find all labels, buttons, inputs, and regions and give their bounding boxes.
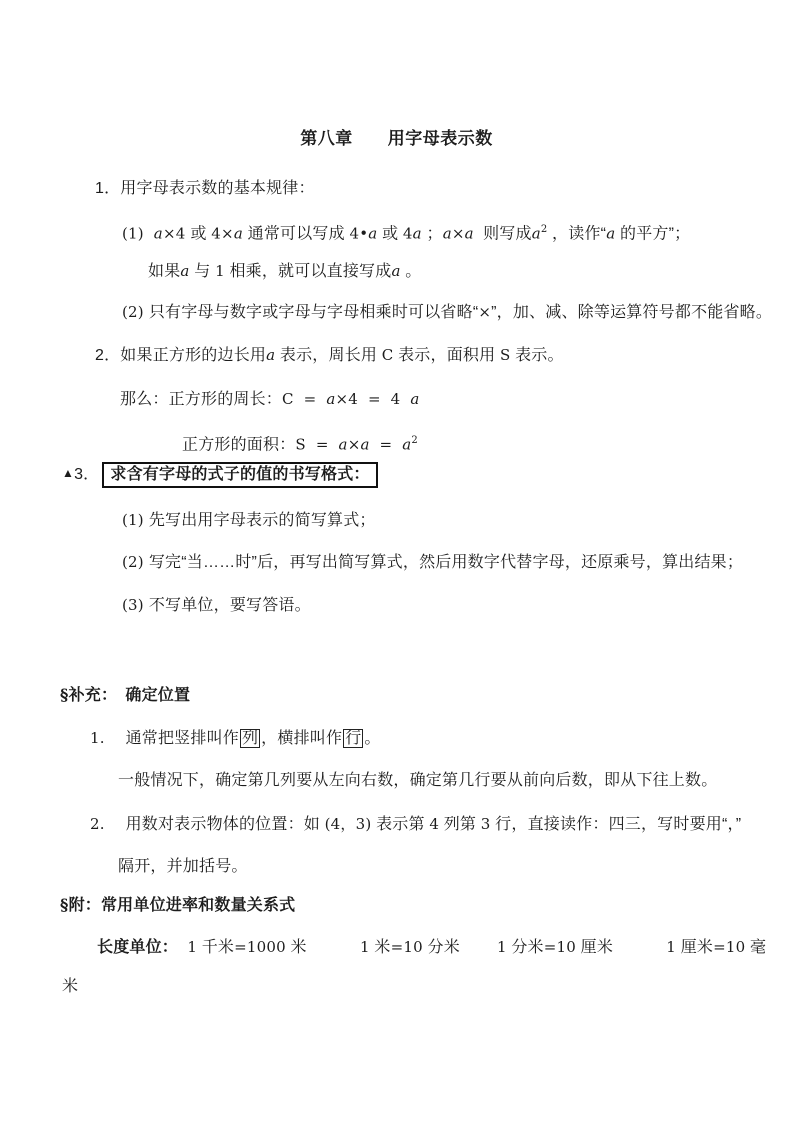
text-segment: 列第 [439,816,481,833]
rule1-item1: (1) a×4 或 4×a 通常可以写成 4•a 或 4a ；a×a 则写成a2… [122,219,690,245]
text-segment: 3． [74,466,99,483]
rule3-heading-boxed: ▲3．求含有字母的式子的值的书写格式： [62,462,378,486]
text-segment: 先写出用字母表示的简写算式； [149,512,376,529]
text-segment: 1 [215,262,225,280]
text-segment: 那么：正方形的周长： [120,391,282,408]
text-segment: 1. [90,729,105,747]
rule3-item2: (2) 写完“当……时”后，再写出简写算式，然后用数字代替字母，还原乘号，算出结… [122,551,743,574]
text-segment: a [266,346,275,364]
text-segment: 厘米 [676,939,713,956]
text-segment: 1．用字母表示数的基本规律： [95,180,315,197]
text-segment: 2. [90,815,105,833]
text-segment: 米 [370,939,391,956]
text-segment: 的平方”； [615,225,690,242]
text-segment: 或 [377,225,403,242]
text-segment: 通常把竖排叫作 [105,730,239,747]
position-item1: 1. 通常把竖排叫作列，横排叫作行。 [90,727,381,750]
text-segment: S = [295,435,338,453]
text-segment: 1 [666,938,676,956]
text-segment: =10 [544,938,576,956]
text-segment: 通常可以写成 [243,225,350,242]
text-segment: 。 [401,263,422,280]
text-segment: 写完“当……时”后，再写出简写算式，然后用数字代替字母，还原乘号，算出结果； [149,554,743,571]
text-segment: =10 [391,938,423,956]
rule2-area-formula: 正方形的面积：S = a×a = a2 [182,430,418,456]
text-segment: 第八章 用字母表示数 [300,129,493,148]
text-segment: 表示，周长用 [275,347,382,364]
chapter-title: 第八章 用字母表示数 [0,128,793,150]
text-segment: 4• [349,224,368,242]
text-segment: 表示，面积用 [393,347,500,364]
text-segment: 分米 [423,939,460,956]
text-segment: 千米 [197,939,234,956]
text-segment: 。 [364,730,380,747]
text-segment: (4，3) [325,815,372,833]
text-segment: § [60,895,69,914]
rule1-heading: 1．用字母表示数的基本规律： [95,178,315,200]
text-segment: 4 [403,224,413,242]
text-segment: 列 [240,729,260,748]
text-segment: 长度单位： [97,939,178,956]
text-segment: a [360,435,369,453]
text-segment: a [413,224,422,242]
text-segment: a [391,262,400,280]
text-segment: 则写成 [474,225,532,242]
text-segment: a [465,224,474,242]
text-segment: 米 [286,939,307,956]
rule3-item3: (3) 不写单位，要写答语。 [122,594,311,617]
position-item2-continued: 隔开，并加括号。 [118,856,248,878]
supplement-heading: §补充： 确定位置 [60,684,190,707]
text-segment: 正方形的面积： [182,436,295,453]
text-segment: a [180,262,189,280]
text-segment [178,939,187,956]
text-segment: C [382,346,394,364]
text-segment: a [339,435,348,453]
rule2-perimeter-formula: 那么：正方形的周长：C = a×4 = 4 a [120,388,420,411]
text-segment: ▲ [62,466,74,480]
text-segment: =10 [713,938,745,956]
text-segment: 厘米 [576,939,613,956]
text-segment: 相乘，就可以直接写成 [225,263,392,280]
text-segment: ×4 [163,224,190,242]
text-segment: 行 [343,729,363,748]
text-segment: × [452,224,465,242]
position-item2: 2. 用数对表示物体的位置：如 (4，3) 表示第 4 列第 3 行，直接读作：… [90,813,741,836]
length-units-line: 长度单位： 1 千米=1000 米 1 米=10 分米 1 分米=10 厘米 1… [97,936,766,959]
text-segment: 行，直接读作：四三，写时要用“，” [491,816,742,833]
text-segment: a [410,390,419,408]
text-segment: a [326,390,335,408]
text-segment: a [532,224,541,242]
text-segment: 只有字母与数字或字母与字母相乘时可以省略“ [149,304,479,321]
position-item1-note: 一般情况下，确定第几列要从左向右数，确定第几行要从前向后数，即从下往上数。 [118,770,717,792]
text-segment: ，读作“ [547,225,606,242]
text-segment: (2) [122,303,149,321]
text-segment: 表示。 [510,347,563,364]
text-segment: × [348,435,361,453]
text-segment: 用数对表示物体的位置：如 [105,816,325,833]
text-segment: (2) [122,553,149,571]
text-segment: 求含有字母的式子的值的书写格式： [102,462,377,488]
text-segment: 与 [190,263,216,280]
text-segment: S [500,346,510,364]
text-segment: 附：常用单位进率和数量关系式 [69,897,296,914]
text-segment: 3 [481,815,491,833]
text-segment: × [478,303,491,321]
text-segment: 一般情况下，确定第几列要从左向右数，确定第几行要从前向后数，即从下往上数。 [118,772,717,789]
text-segment: a [443,224,452,242]
rule1-item1-continued: 如果a 与 1 相乘，就可以直接写成a 。 [148,260,421,283]
text-segment: ； [422,225,443,242]
text-segment [307,939,360,956]
rule3-item1: (1) 先写出用字母表示的简写算式； [122,509,376,532]
text-segment: (3) [122,596,149,614]
text-segment [460,939,497,956]
text-segment: (1) [122,511,149,529]
text-segment: 或 [190,225,211,242]
text-segment: 分米 [507,939,544,956]
rule1-item2: (2) 只有字母与数字或字母与字母相乘时可以省略“×”，加、减、除等运算符号都不… [122,301,772,324]
text-segment: 隔开，并加括号。 [118,858,248,875]
text-segment: 2．如果正方形的边长用 [95,347,266,364]
text-segment: 2 [411,435,418,446]
document-page: 第八章 用字母表示数 1．用字母表示数的基本规律： (1) a×4 或 4×a … [0,0,793,1122]
text-segment: 米 [62,978,78,995]
text-segment: 毫 [745,939,766,956]
text-segment: 4 [429,815,439,833]
text-segment [613,939,666,956]
text-segment: =1000 [234,938,286,956]
length-units-overflow: 米 [62,976,78,998]
text-segment: 1 [187,938,197,956]
text-segment: 不写单位，要写答语。 [149,597,311,614]
text-segment: C = [282,390,326,408]
text-segment: 表示第 [371,816,429,833]
text-segment: 4× [211,224,234,242]
text-segment: 如果 [148,263,180,280]
text-segment: 1 [360,938,370,956]
appendix-heading: §附：常用单位进率和数量关系式 [60,894,295,917]
text-segment: 1 [497,938,507,956]
text-segment: § [60,685,69,704]
text-segment: ”，加、减、除等运算符号都不能省略。 [491,304,772,321]
text-segment: = [370,435,403,453]
text-segment: a [154,224,163,242]
text-segment: ×4 = 4 [336,390,411,408]
text-segment: a [606,224,615,242]
text-segment: (1) [122,224,154,242]
rule2-heading: 2．如果正方形的边长用a 表示，周长用 C 表示，面积用 S 表示。 [95,344,564,367]
text-segment: 补充： 确定位置 [69,687,191,704]
text-segment: a [234,224,243,242]
text-segment: ，横排叫作 [261,730,342,747]
